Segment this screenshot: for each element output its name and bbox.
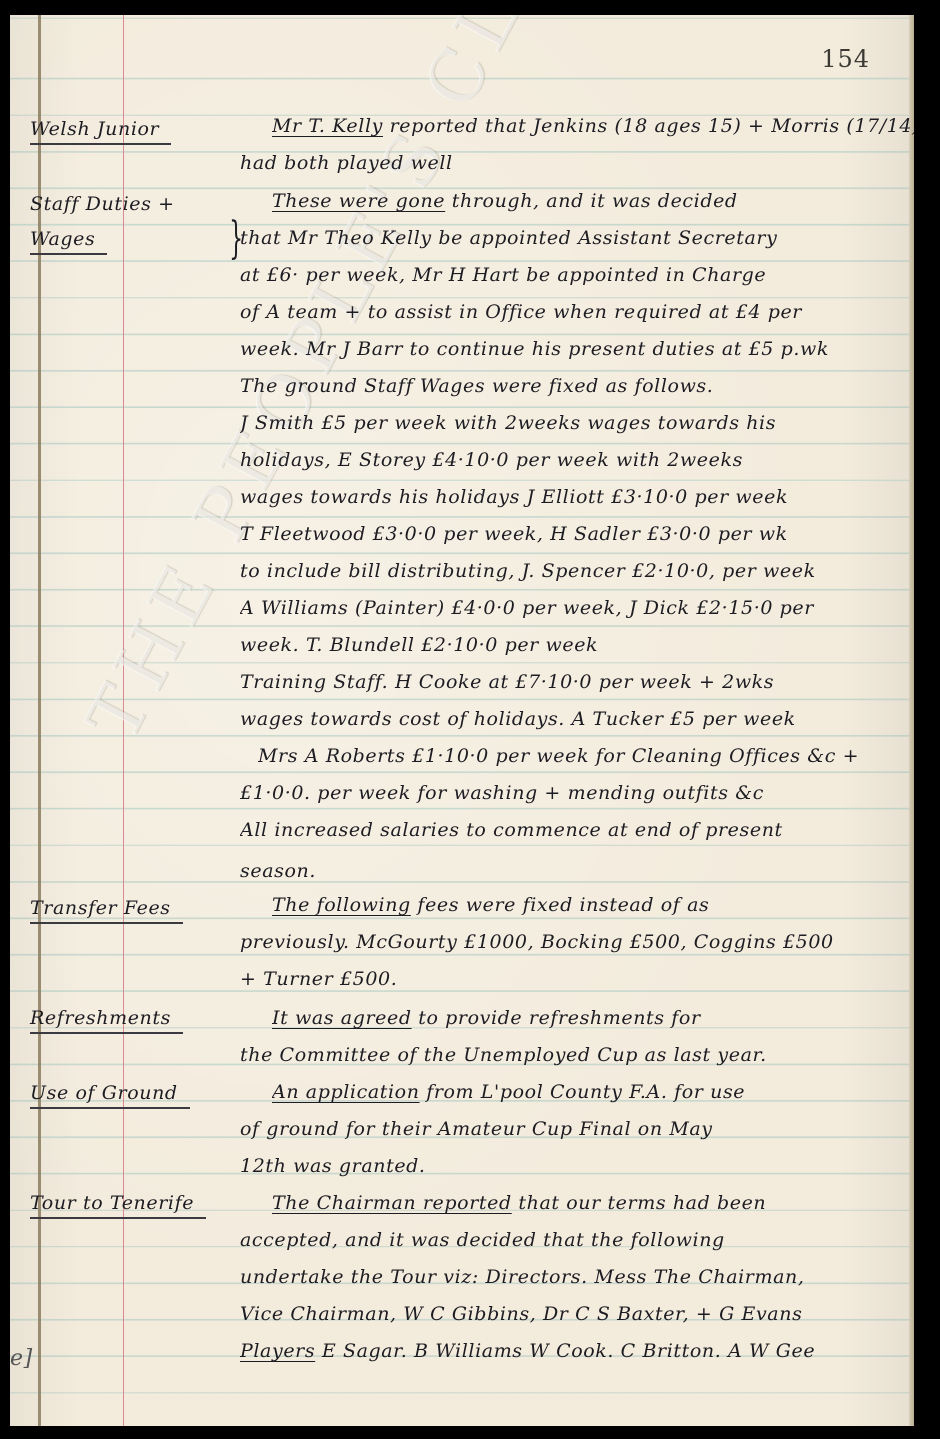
minute-line: Mr T. Kelly reported that Jenkins (18 ag… (272, 115, 914, 137)
minute-line: the Committee of the Unemployed Cup as l… (240, 1044, 900, 1066)
margin-heading-use-of-ground: Use of Ground (30, 1082, 220, 1109)
margin-heading-wages: Wages (30, 228, 220, 255)
minute-line: previously. McGourty £1000, Bocking £500… (240, 931, 900, 953)
margin-heading-staff-duties: Staff Duties + (30, 193, 220, 218)
minute-line: Mrs A Roberts £1·10·0 per week for Clean… (258, 745, 914, 767)
minute-line: had both played well (240, 152, 900, 174)
minute-line: 12th was granted. (240, 1155, 900, 1177)
minute-line: All increased salaries to commence at en… (240, 819, 900, 841)
minute-line: week. T. Blundell £2·10·0 per week (240, 634, 900, 656)
minute-line: wages towards his holidays J Elliott £3·… (240, 486, 900, 508)
minute-line: These were gone through, and it was deci… (272, 190, 914, 212)
ledger-page: THE PEOPLE'S CLUB · EVERTON 154 Welsh Ju… (10, 15, 914, 1426)
minute-line: + Turner £500. (240, 968, 900, 990)
minute-line: accepted, and it was decided that the fo… (240, 1229, 900, 1251)
minute-line: of A team + to assist in Office when req… (240, 301, 900, 323)
margin-heading-tour-to-tenerife: Tour to Tenerife (30, 1192, 220, 1219)
minute-line: £1·0·0. per week for washing + mending o… (240, 782, 900, 804)
page-number: 154 (821, 45, 870, 73)
minute-line: that Mr Theo Kelly be appointed Assistan… (240, 227, 900, 249)
margin-fragment: e] (10, 1346, 33, 1371)
margin-heading-welsh-junior: Welsh Junior (30, 118, 220, 145)
margin-heading-refreshments: Refreshments (30, 1007, 220, 1034)
minute-line: The Chairman reported that our terms had… (272, 1192, 914, 1214)
minute-line: It was agreed to provide refreshments fo… (272, 1007, 914, 1029)
minute-line: undertake the Tour viz: Directors. Mess … (240, 1266, 900, 1288)
minute-line: A Williams (Painter) £4·0·0 per week, J … (240, 597, 900, 619)
margin-heading-transfer-fees: Transfer Fees (30, 897, 220, 924)
minute-line: T Fleetwood £3·0·0 per week, H Sadler £3… (240, 523, 900, 545)
minute-line: of ground for their Amateur Cup Final on… (240, 1118, 900, 1140)
page-edge (909, 15, 914, 1426)
minute-line: to include bill distributing, J. Spencer… (240, 560, 900, 582)
minute-line: An application from L'pool County F.A. f… (272, 1081, 914, 1103)
minute-line: Players E Sagar. B Williams W Cook. C Br… (240, 1340, 900, 1362)
minute-line: The following fees were fixed instead of… (272, 894, 914, 916)
minute-line: Training Staff. H Cooke at £7·10·0 per w… (240, 671, 900, 693)
minute-line: wages towards cost of holidays. A Tucker… (240, 708, 900, 730)
minute-line: Vice Chairman, W C Gibbins, Dr C S Baxte… (240, 1303, 900, 1325)
minute-line: week. Mr J Barr to continue his present … (240, 338, 900, 360)
minute-line: season. (240, 860, 900, 882)
minute-line: at £6· per week, Mr H Hart be appointed … (240, 264, 900, 286)
minute-line: The ground Staff Wages were fixed as fol… (240, 375, 900, 397)
minute-line: J Smith £5 per week with 2weeks wages to… (240, 412, 900, 434)
minute-line: holidays, E Storey £4·10·0 per week with… (240, 449, 900, 471)
